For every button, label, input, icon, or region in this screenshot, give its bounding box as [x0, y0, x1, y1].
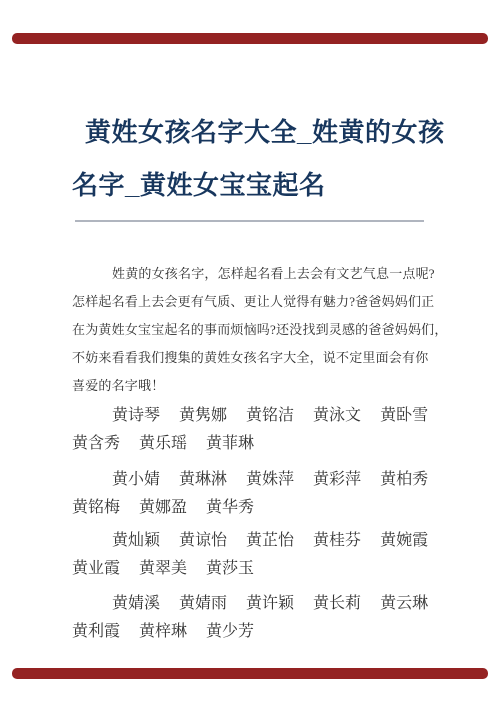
name-item: 黄莎玉 [206, 555, 254, 583]
name-item: 黄姝萍 [246, 466, 294, 494]
intro-paragraph: 姓黄的女孩名字，怎样起名看上去会有文艺气息一点呢? 怎样起名看上去会更有气质、更… [72, 260, 444, 400]
name-item: 黄桂芬 [313, 527, 361, 555]
name-group-4-line-2: 黄利霞 黄梓琳 黄少芳 [72, 618, 452, 646]
name-item: 黄业霞 [72, 555, 120, 583]
name-item: 黄隽娜 [179, 402, 227, 430]
name-group-1: 黄诗琴 黄隽娜 黄铭洁 黄泳文 黄卧雪 黄含秀 黄乐瑶 黄菲琳 [72, 402, 452, 458]
name-item: 黄翠美 [139, 555, 187, 583]
name-item: 黄娜盈 [139, 494, 187, 522]
intro-line: 喜爱的名字哦！ [72, 372, 444, 400]
article-title-line-2: 名字_黄姓女宝宝起名 [72, 159, 444, 212]
name-group-4-line-1: 黄婧溪 黄婧雨 黄许颖 黄长莉 黄云琳 [72, 590, 452, 618]
bottom-accent-bar [12, 668, 488, 679]
name-item: 黄乐瑶 [139, 430, 187, 458]
name-group-3: 黄灿颖 黄谅怡 黄芷怡 黄桂芬 黄婉霞 黄业霞 黄翠美 黄莎玉 [72, 527, 452, 583]
name-item: 黄含秀 [72, 430, 120, 458]
name-group-1-line-2: 黄含秀 黄乐瑶 黄菲琳 [72, 430, 452, 458]
name-item: 黄长莉 [313, 590, 361, 618]
name-item: 黄柏秀 [380, 466, 428, 494]
name-item: 黄婉霞 [380, 527, 428, 555]
name-group-3-line-2: 黄业霞 黄翠美 黄莎玉 [72, 555, 452, 583]
name-item: 黄许颖 [246, 590, 294, 618]
intro-line: 姓黄的女孩名字，怎样起名看上去会有文艺气息一点呢? [72, 260, 444, 288]
name-item: 黄诗琴 [112, 402, 160, 430]
name-item: 黄铭梅 [72, 494, 120, 522]
name-item: 黄铭洁 [246, 402, 294, 430]
name-item: 黄云琳 [380, 590, 428, 618]
name-item: 黄灿颖 [112, 527, 160, 555]
article-title-line-1: 黄姓女孩名字大全_姓黄的女孩 [72, 106, 444, 159]
name-item: 黄婧溪 [112, 590, 160, 618]
intro-line: 怎样起名看上去会更有气质、更让人觉得有魅力?爸爸妈妈们正 [72, 288, 444, 316]
title-separator-rule [75, 220, 424, 222]
name-group-1-line-1: 黄诗琴 黄隽娜 黄铭洁 黄泳文 黄卧雪 [72, 402, 452, 430]
name-group-2: 黄小婧 黄琳淋 黄姝萍 黄彩萍 黄柏秀 黄铭梅 黄娜盈 黄华秀 [72, 466, 452, 522]
top-accent-bar [12, 33, 488, 44]
name-item: 黄琳淋 [179, 466, 227, 494]
name-group-2-line-1: 黄小婧 黄琳淋 黄姝萍 黄彩萍 黄柏秀 [72, 466, 452, 494]
name-item: 黄小婧 [112, 466, 160, 494]
name-item: 黄利霞 [72, 618, 120, 646]
name-item: 黄菲琳 [206, 430, 254, 458]
name-item: 黄彩萍 [313, 466, 361, 494]
document-page: 黄姓女孩名字大全_姓黄的女孩 名字_黄姓女宝宝起名 姓黄的女孩名字，怎样起名看上… [0, 0, 500, 708]
name-item: 黄华秀 [206, 494, 254, 522]
name-item: 黄谅怡 [179, 527, 227, 555]
name-item: 黄婧雨 [179, 590, 227, 618]
name-item: 黄梓琳 [139, 618, 187, 646]
name-item: 黄泳文 [313, 402, 361, 430]
name-item: 黄少芳 [206, 618, 254, 646]
name-item: 黄卧雪 [380, 402, 428, 430]
article-title: 黄姓女孩名字大全_姓黄的女孩 名字_黄姓女宝宝起名 [72, 106, 444, 212]
name-group-2-line-2: 黄铭梅 黄娜盈 黄华秀 [72, 494, 452, 522]
name-group-3-line-1: 黄灿颖 黄谅怡 黄芷怡 黄桂芬 黄婉霞 [72, 527, 452, 555]
intro-line: 不妨来看看我们搜集的黄姓女孩名字大全，说不定里面会有你 [72, 344, 444, 372]
intro-line: 在为黄姓女宝宝起名的事而烦恼吗?还没找到灵感的爸爸妈妈们， [72, 316, 444, 344]
name-item: 黄芷怡 [246, 527, 294, 555]
name-group-4: 黄婧溪 黄婧雨 黄许颖 黄长莉 黄云琳 黄利霞 黄梓琳 黄少芳 [72, 590, 452, 646]
